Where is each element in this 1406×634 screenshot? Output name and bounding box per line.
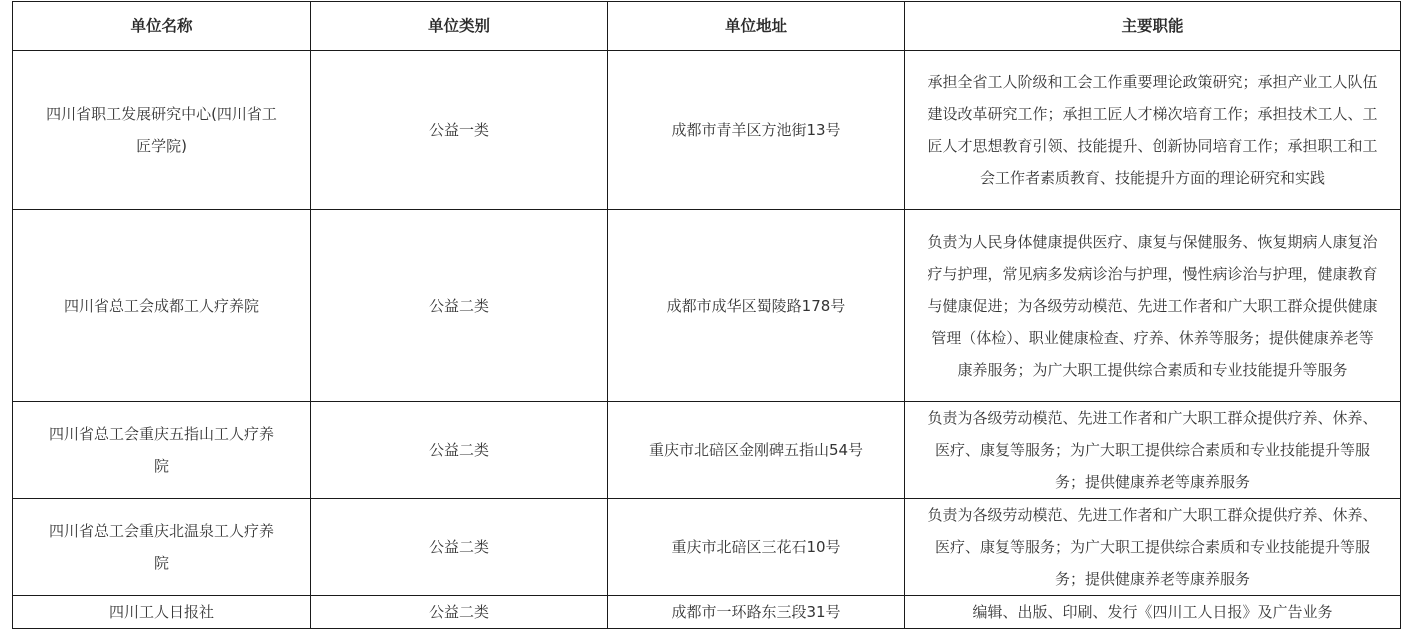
header-unit-address: 单位地址 [608, 2, 905, 51]
table-row: 四川省总工会重庆北温泉工人疗养院 公益二类 重庆市北碚区三花石10号 负责为各级… [13, 499, 1401, 596]
cell-main-functions: 负责为各级劳动模范、先进工作者和广大职工群众提供疗养、休养、医疗、康复等服务；为… [905, 499, 1401, 596]
cell-unit-category: 公益二类 [311, 210, 608, 402]
table-row: 四川省总工会重庆五指山工人疗养院 公益二类 重庆市北碚区金刚碑五指山54号 负责… [13, 402, 1401, 499]
cell-unit-category: 公益一类 [311, 51, 608, 210]
cell-unit-address: 重庆市北碚区金刚碑五指山54号 [608, 402, 905, 499]
cell-main-functions: 负责为人民身体健康提供医疗、康复与保健服务、恢复期病人康复治疗与护理，常见病多发… [905, 210, 1401, 402]
cell-unit-category: 公益二类 [311, 402, 608, 499]
header-main-functions: 主要职能 [905, 2, 1401, 51]
cell-unit-address: 成都市一环路东三段31号 [608, 596, 905, 629]
table-row: 四川省职工发展研究中心(四川省工匠学院) 公益一类 成都市青羊区方池街13号 承… [13, 51, 1401, 210]
cell-unit-address: 重庆市北碚区三花石10号 [608, 499, 905, 596]
cell-unit-name: 四川工人日报社 [13, 596, 311, 629]
table-row: 四川工人日报社 公益二类 成都市一环路东三段31号 编辑、出版、印刷、发行《四川… [13, 596, 1401, 629]
header-unit-category: 单位类别 [311, 2, 608, 51]
cell-main-functions: 编辑、出版、印刷、发行《四川工人日报》及广告业务 [905, 596, 1401, 629]
table-row: 四川省总工会成都工人疗养院 公益二类 成都市成华区蜀陵路178号 负责为人民身体… [13, 210, 1401, 402]
cell-main-functions: 承担全省工人阶级和工会工作重要理论政策研究；承担产业工人队伍建设改革研究工作；承… [905, 51, 1401, 210]
cell-unit-name: 四川省总工会成都工人疗养院 [13, 210, 311, 402]
cell-unit-address: 成都市青羊区方池街13号 [608, 51, 905, 210]
cell-unit-address: 成都市成华区蜀陵路178号 [608, 210, 905, 402]
table-header-row: 单位名称 单位类别 单位地址 主要职能 [13, 2, 1401, 51]
cell-unit-category: 公益二类 [311, 499, 608, 596]
cell-unit-name: 四川省总工会重庆五指山工人疗养院 [13, 402, 311, 499]
header-unit-name: 单位名称 [13, 2, 311, 51]
cell-unit-name: 四川省职工发展研究中心(四川省工匠学院) [13, 51, 311, 210]
units-table: 单位名称 单位类别 单位地址 主要职能 四川省职工发展研究中心(四川省工匠学院)… [12, 1, 1401, 629]
cell-unit-category: 公益二类 [311, 596, 608, 629]
cell-main-functions: 负责为各级劳动模范、先进工作者和广大职工群众提供疗养、休养、医疗、康复等服务；为… [905, 402, 1401, 499]
cell-unit-name: 四川省总工会重庆北温泉工人疗养院 [13, 499, 311, 596]
